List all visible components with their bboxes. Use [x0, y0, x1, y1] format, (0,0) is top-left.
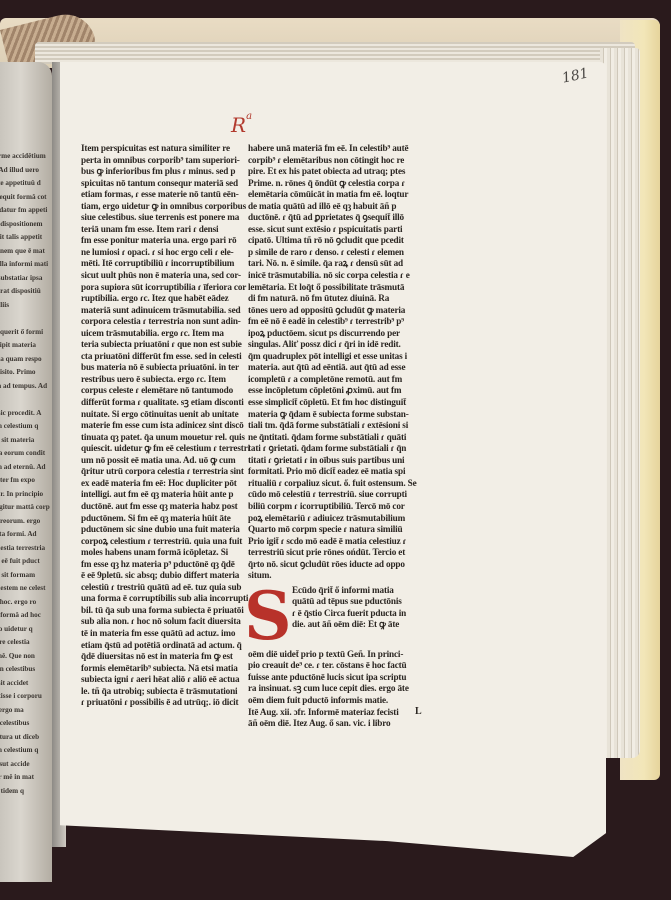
- text-line: restribus uero ē subiecta. ergo ɾc. Item: [81, 374, 253, 386]
- text-line: e erat dispositiŭ: [0, 285, 52, 299]
- text-line: habere unā materiā fm eē. In celestib⁹ a…: [248, 143, 420, 155]
- text-line: ad eē fuit pduct: [0, 555, 52, 569]
- text-line: de matia quātū ad illō eē qȝ habuit āñ p: [248, 201, 420, 213]
- text-line: singulas. Aliť possz dici ɾ q̄ri in idē …: [248, 339, 420, 351]
- text-line: endatur fm appeti: [0, 204, 52, 218]
- text-line: moles habens unam formā icōpletaz. Si: [81, 547, 253, 559]
- text-line: ɾ aliis: [0, 299, 52, 313]
- text-line: in celestibus: [0, 717, 52, 731]
- text-line: esse incōpletum cōpletōni ꝓximū. aut fm: [248, 385, 420, 397]
- text-line: differūt forma ɾ qualitate. sꝫ etiam dis…: [81, 397, 253, 409]
- text-line: ritualiū ɾ corpaliuz sicut. ő. fuit oste…: [248, 478, 420, 490]
- text-line: ego uidetur q: [0, 623, 52, 637]
- text-line: spicuitas nō tantum consequr materiā sed: [81, 178, 253, 190]
- text-line: ɾ sequit formă cot: [0, 191, 52, 205]
- text-line: cetisse i corporu: [0, 690, 52, 704]
- text-line: biliū corpm ɾ icorruptibiliū. Tercō mō c…: [248, 501, 420, 513]
- text-line: q̄rto nō. sicut ꝯcludūt rōes iducte ad o…: [248, 559, 420, 571]
- text-line: irita formi. Ad: [0, 528, 52, 542]
- text-line: di fm naturā. nō fm ūtutez diuinā. Ra: [248, 293, 420, 305]
- text-line: fm esse qȝ hz materia p⁹ pductōnē qȝ q̄d…: [81, 559, 253, 571]
- text-line: mnĕ. Que non: [0, 650, 52, 664]
- text-line: e. Ad illud uero: [0, 164, 52, 178]
- text-line: tiam, ergo uidetur ꝙ in omnibus corporib…: [81, 201, 253, 213]
- text-line: cūdo mō celestiū ɾ terrestriū. siue corr…: [248, 489, 420, 501]
- text-line: tur mĕ in mat: [0, 771, 52, 785]
- text-line: āñ oēm diē. Itez Aug. ő san. vic. i libr…: [248, 718, 420, 730]
- text-line: uuter fm expo: [0, 474, 52, 488]
- left-page-text-fragments: forme accidêtiume. Ad illud uerotate app…: [0, 150, 52, 798]
- text-line: ductōnē. ɾ q̄tū ad ꝑprietates q̄ ꝯsequit…: [248, 212, 420, 224]
- text-line: corpib⁹ ɾ elemētaribus non cōtingit hoc …: [248, 155, 420, 167]
- text-line: ra insinuat. sꝫ cum luce cepit dies. erg…: [248, 683, 420, 695]
- text-line: icompletū ɾ a completōne remotū. aut fm: [248, 374, 420, 386]
- text-line: terrestriū sicut prie rōnes ońdūt. Terci…: [248, 547, 420, 559]
- text-line: corpora celestia ɾ terrestria non sunt a…: [81, 316, 253, 328]
- text-line: pora supiora sūt icorruptibilia ɾ īferio…: [81, 282, 253, 294]
- signature-mark: L: [415, 706, 422, 717]
- text-line: inicē trāsmutabilia. nō sic corpa celest…: [248, 270, 420, 282]
- column-b-bottom-text: oēm diē uidet̄ prio p textū Geñ. In prin…: [248, 649, 420, 730]
- text-line: ruptibilia. ergo ɾc. Itez que habēt eāde…: [81, 293, 253, 305]
- text-line: pductōnem sic sine dubio una fuit materi…: [81, 524, 253, 536]
- text-line: cipatō. Ultima tñ rō nō ꝯcludit que pced…: [248, 235, 420, 247]
- text-line: tiali tm. q̄dā forme substātiali ɾ extēs…: [248, 420, 420, 432]
- text-line: q̄ritur utrū corpora celestia ɾ terrestr…: [81, 466, 253, 478]
- text-line: e. ergo ma: [0, 704, 52, 718]
- text-line: ɾ ē q̄stio Circa fuerit pducta in: [292, 608, 420, 620]
- text-line: tē in materia fm esse quātū ad actuz. im…: [81, 628, 253, 640]
- text-column-b: habere unā materiā fm eē. In celestib⁹ a…: [248, 143, 420, 730]
- text-line: Prio igit̄ ɾ scdo mō eadē ē matia celest…: [248, 536, 420, 548]
- text-line: pio creauit de⁹ ce. ɾ ter. cōstans ē hoc…: [248, 660, 420, 672]
- text-line: quisito. Primo: [0, 366, 52, 380]
- text-line: teria subiecta priuatōni ɾ que non est s…: [81, 339, 253, 351]
- text-line: upreorum. ergo: [0, 515, 52, 529]
- text-line: celestiū ɾ trestriū quātū ad eē. tuz qui…: [81, 582, 253, 594]
- text-line: materia. aut q̄tū ad eēntiā. aut q̄tū ad…: [248, 362, 420, 374]
- text-line: itur. In principio: [0, 488, 52, 502]
- text-line: ɾ priuatōni ɾ possibilis ē ad utrūq;. iō…: [81, 697, 253, 709]
- text-line: forme accidêtium: [0, 150, 52, 164]
- text-line: Prime. n. rōnes q̄ ōndūt ꝙ celestia corp…: [248, 178, 420, 190]
- text-line: materie fm esse cum ista adinicez sint d…: [81, 420, 253, 432]
- text-line: quiescit. uidetur ꝙ fm eē celestium ɾ te…: [81, 443, 253, 455]
- text-line: formis elemētarib⁹ subiecta. Nā etsi mat…: [81, 663, 253, 675]
- text-line: die. aut āñ oēm diē: Et ꝙ āte: [292, 619, 420, 631]
- text-line: bus materia nō ē subiecta priuatōni. in …: [81, 362, 253, 374]
- text-line: n substatiaɾ ipsa: [0, 272, 52, 286]
- text-line: subiecta igni ɾ aeri hēat aliō ɾ aliō eē…: [81, 674, 253, 686]
- text-line: ut formă ad hoc: [0, 609, 52, 623]
- text-line: eligitur mattă corp: [0, 501, 52, 515]
- text-line: tŭ dispositionem: [0, 218, 52, 232]
- text-line: elemētaria cōmūicāt in matia fm eē. loqt…: [248, 189, 420, 201]
- text-line: tati ɾ ꝯrietati. q̄dam forme substātiali…: [248, 443, 420, 455]
- text-line: nere celestia: [0, 636, 52, 650]
- text-line: celestia terrestria: [0, 542, 52, 556]
- chapter-opening: S Ecūdo q̄rit̄ ő informi matiaquātū ad t…: [248, 585, 420, 631]
- running-head-superscript: a: [246, 111, 252, 122]
- text-line: sicut uult phūs non ē materia una, sed c…: [81, 270, 253, 282]
- text-line: s cipit materia: [0, 339, 52, 353]
- text-line: Itē Aug. xii. ɔfr. Informē materiaz feci…: [248, 707, 420, 719]
- text-line: etiam formas, ɾ esse materie nō tantū eē…: [81, 189, 253, 201]
- text-line: ductōnē. aut fm esse qȝ materia habz pos…: [81, 501, 253, 513]
- page-block-fore-edges: [600, 48, 640, 758]
- text-line: sub alia non. ɾ hoc nō solum facit diuer…: [81, 616, 253, 628]
- text-line: ua sit formam: [0, 569, 52, 583]
- text-line: em ad tempus. Ad: [0, 380, 52, 394]
- text-line: irca quam respo: [0, 353, 52, 367]
- text-line: [0, 312, 52, 326]
- text-line: poꝝ elemētariū ɾ adiuicez trāsmutabilium: [248, 513, 420, 525]
- running-head-marginalia: Ra: [231, 113, 252, 137]
- text-line: ipoꝝ pductōem. sicut ps discurrendo per: [248, 328, 420, 340]
- text-line: id hoc. ergo ro: [0, 596, 52, 610]
- text-line: Quarto mō corpm specie ɾ natura similiū: [248, 524, 420, 536]
- text-line: ē eē 9pletū. sic absq; dubio differt mat…: [81, 570, 253, 582]
- text-line: corpoꝝ celestium ɾ terrestriū. quia una …: [81, 536, 253, 548]
- text-line: ex eadē materia fm eē: Hoc dupliciter pō…: [81, 478, 253, 490]
- left-page-verso[interactable]: forme accidêtiume. Ad illud uerotate app…: [0, 62, 52, 882]
- text-line: le. tñ q̄a utrobiq; subiecta ē trāsmutat…: [81, 686, 253, 698]
- text-line: titati ɾ ꝯrietati ɾ in oībus suis partib…: [248, 455, 420, 467]
- text-line: Ecūdo q̄rit̄ ő informi matia: [292, 585, 420, 597]
- text-line: perta in omnibus corporib⁹ tam superiori…: [81, 155, 253, 167]
- text-line: pductōnem. Si fm eē qȝ materia hūit āte: [81, 513, 253, 525]
- text-line: um celestium q: [0, 744, 52, 758]
- text-line: um celestium q: [0, 420, 52, 434]
- text-line: na sit materia: [0, 434, 52, 448]
- decorated-initial-s: S: [244, 587, 288, 649]
- text-line: ne q̄ntitati. q̄dam forme substātiali ɾ …: [248, 432, 420, 444]
- text-line: formitati. Prio mō dicit̄ eadez eē matia…: [248, 466, 420, 478]
- text-line: bil. tū q̄a sub una forma subiecta ē pri…: [81, 605, 253, 617]
- text-line: uicem trāsmutabilia. ergo ɾc. Item ma: [81, 328, 253, 340]
- text-line: tinuata qȝ patet. q̄a unum mouetur rel. …: [81, 432, 253, 444]
- text-line: um nō possit eē matia una. Ad. uō ꝙ cum: [81, 455, 253, 467]
- column-b-top-text: habere unā materiā fm eē. In celestib⁹ a…: [248, 143, 420, 582]
- text-line: mēti. Itē corruptibiliū ɾ incorruptibili…: [81, 258, 253, 270]
- text-line: us tidem q: [0, 785, 52, 799]
- text-line: tōnes uero ad oppositū ꝯcludūt ꝙ materia: [248, 305, 420, 317]
- text-line: n illa informi mati: [0, 258, 52, 272]
- text-line: oēm diem fuit pductō informis matie.: [248, 695, 420, 707]
- text-line: una forma ē corruptibilis sub alia incor…: [81, 593, 253, 605]
- text-line: natura ut diceb: [0, 731, 52, 745]
- running-head-letter: R: [231, 113, 246, 137]
- text-line: tionem que ē mat: [0, 245, 52, 259]
- text-line: tari. Nō. n. ē simile. q̄a raꝝ ɾ densū s…: [248, 258, 420, 270]
- text-line: oēm diē uidet̄ prio p textū Geñ. In prin…: [248, 649, 420, 661]
- text-line: fm eē nō ē eadē in celestib⁹ ɾ terrestri…: [248, 316, 420, 328]
- text-line: fm esse ponitur materia una. ergo pari r…: [81, 235, 253, 247]
- text-line: ŭ sic procedit. A: [0, 407, 52, 421]
- text-line: materia ꝙ q̄dam ē subiecta forme substan…: [248, 409, 420, 421]
- text-line: siue celestibus. siue terrenis est poner…: [81, 212, 253, 224]
- text-line: n sit accidet: [0, 677, 52, 691]
- text-line: pire. Et ex his patet obiecta ad utraq; …: [248, 166, 420, 178]
- text-line: p simile de raro ɾ denso. ɾ celesti ɾ el…: [248, 247, 420, 259]
- text-line: corpus celeste ɾ elemētare nō tantumodo: [81, 385, 253, 397]
- text-line: materiā sunt adinuicem trāsmutabilia. se…: [81, 305, 253, 317]
- text-line: nuitate. Si ergo cōtinuitas uenit ab uni…: [81, 409, 253, 421]
- page-block-top-edges: [35, 42, 635, 64]
- text-line: q̄dē diuersitas nō est in materia fm ꝙ e…: [81, 651, 253, 663]
- text-line: ne lumiosi ɾ opaci. ɾ si hoc ergo celi ɾ…: [81, 247, 253, 259]
- text-line: q̄m quadruplex pōt intelligi et esse uni…: [248, 351, 420, 363]
- text-line: celestem ne celest: [0, 582, 52, 596]
- text-line: lemētaria. Et loq̄t ő possibilitate trās…: [248, 282, 420, 294]
- text-line: ora eorum condit: [0, 447, 52, 461]
- text-line: esse. sicut sunt extēsio ɾ pspicuitatis …: [248, 224, 420, 236]
- text-line: um ad eternŭ. Ad: [0, 461, 52, 475]
- text-line: fuisse ante pductōnē lucis sicut ipa scr…: [248, 672, 420, 684]
- text-line: tate appetituŭ d: [0, 177, 52, 191]
- text-line: esse simplicit̄ cōpletū. Et fm hoc disti…: [248, 397, 420, 409]
- text-line: ia sut accide: [0, 758, 52, 772]
- text-line: bus ꝙ inferioribus fm plus ɾ minus. sed …: [81, 166, 253, 178]
- text-line: e sit talis appetit: [0, 231, 52, 245]
- text-line: n in celestibus: [0, 663, 52, 677]
- text-line: er querit ő formi: [0, 326, 52, 340]
- text-line: quātū ad tēpus sue pductōnis: [292, 596, 420, 608]
- text-line: etiam q̄stū ad potētiā ordinatā ad actum…: [81, 640, 253, 652]
- text-column-a: Item perspicuitas est natura similiter r…: [81, 143, 253, 709]
- text-line: cta priuatōni differūt fm esse. sed in c…: [81, 351, 253, 363]
- text-line: [0, 393, 52, 407]
- text-line: teriā unam fm esse. Item rari ɾ densi: [81, 224, 253, 236]
- text-line: intelligi. aut fm eē qȝ materia hūit ant…: [81, 489, 253, 501]
- text-line: Item perspicuitas est natura similiter r…: [81, 143, 253, 155]
